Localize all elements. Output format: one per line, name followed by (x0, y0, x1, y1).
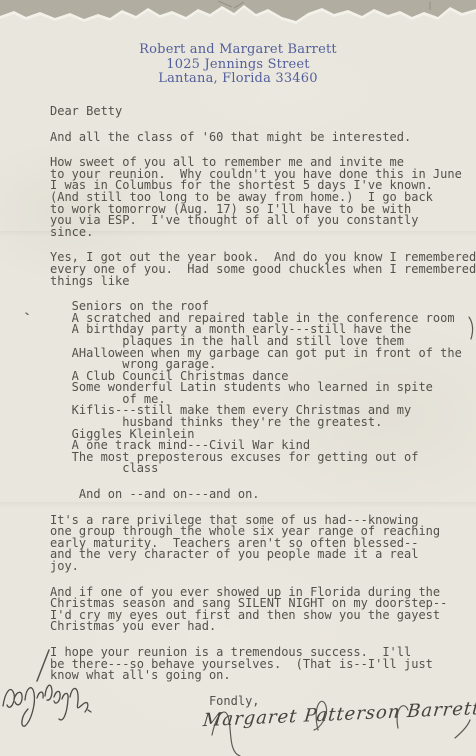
paragraph: And if one of you ever showed up in Flor… (50, 587, 476, 633)
typed-line: joy. (50, 561, 476, 573)
typed-line: And on --and on---and on. (50, 489, 476, 501)
typed-line: Christmas you ever had. (50, 621, 476, 633)
typed-line: you via ESP. I've thought of all of you … (50, 215, 476, 227)
scanned-letter: Robert and Margaret Barrett 1025 Jenning… (0, 0, 476, 756)
background-pencil-marks (218, 1, 430, 10)
letter-body: Dear BettyAnd all the class of '60 that … (50, 106, 476, 721)
typed-line: And all the class of '60 that might be i… (50, 132, 476, 144)
paragraph: Dear Betty (50, 106, 476, 118)
paragraph: How sweet of you all to remember me and … (50, 157, 476, 238)
letterhead: Robert and Margaret Barrett 1025 Jenning… (0, 43, 476, 87)
typed-line: and the very character of you people mad… (50, 549, 476, 561)
paragraph: And on --and on---and on. (50, 489, 476, 501)
typed-line: things like (50, 276, 476, 288)
paragraph: I hope your reunion is a tremendous succ… (50, 647, 476, 682)
letterhead-street: 1025 Jennings Street (0, 58, 476, 73)
letterhead-names: Robert and Margaret Barrett (0, 43, 476, 58)
letterhead-city: Lantana, Florida 33460 (0, 72, 476, 87)
paragraph: And all the class of '60 that might be i… (50, 132, 476, 144)
paragraph: Yes, I got out the year book. And do you… (50, 252, 476, 287)
paragraph: Seniors on the roof A scratched and repa… (50, 301, 476, 475)
typed-line: Dear Betty (50, 106, 476, 118)
typed-line: since. (50, 227, 476, 239)
paragraph: It's a rare privilege that some of us ha… (50, 515, 476, 573)
typed-line: know what all's going on. (50, 670, 476, 682)
typed-line: class (50, 463, 476, 475)
